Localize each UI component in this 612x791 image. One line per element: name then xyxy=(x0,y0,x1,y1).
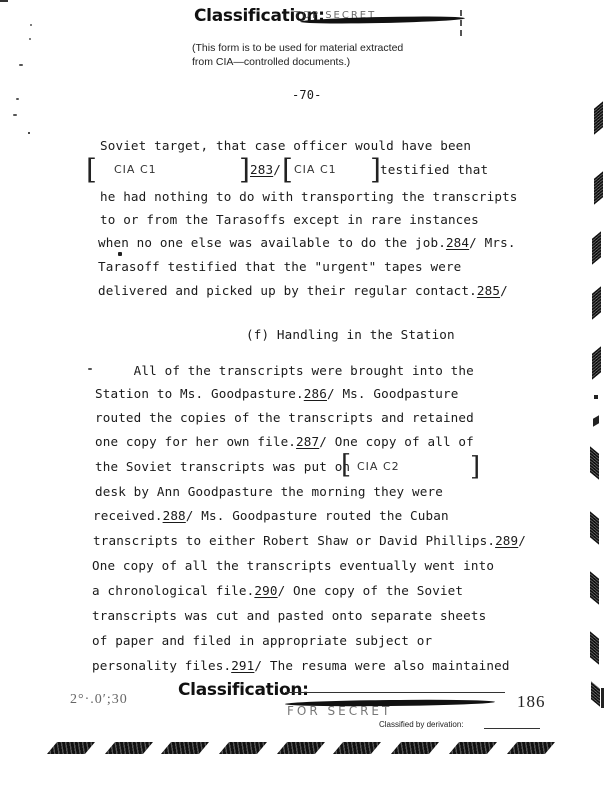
para2-line-1: All of the transcripts were brought into… xyxy=(95,363,474,378)
scan-speck xyxy=(118,252,122,256)
left-bracket: [ xyxy=(282,153,293,186)
line-text: / xyxy=(500,283,508,298)
footnote-ref-group: 283/ xyxy=(250,162,281,177)
form-note-line-1: (This form is to be used for material ex… xyxy=(192,42,403,55)
line-text: / xyxy=(518,533,526,548)
right-edge-marks xyxy=(590,95,610,715)
line-text: / Mrs. xyxy=(469,235,515,250)
line-text: he had nothing to do with transporting t… xyxy=(100,189,518,204)
line-text: when no one else was available to do the… xyxy=(98,235,446,250)
scan-speck xyxy=(19,64,23,66)
stamp-mark xyxy=(47,742,95,754)
line-text: to or from the Tarasoffs except in rare … xyxy=(100,212,479,227)
footnote-ref-287: 287 xyxy=(296,434,319,449)
para3-line-5: a chronological file.290/ One copy of th… xyxy=(92,583,463,598)
line-text: Tarasoff testified that the "urgent" tap… xyxy=(98,259,461,274)
line-text: transcripts was cut and pasted onto sepa… xyxy=(92,608,486,623)
faded-document-id: 2°·.0′;30 xyxy=(70,692,128,708)
right-bracket: ] xyxy=(239,153,250,186)
scan-speck xyxy=(30,24,32,26)
line-text: delivered and picked up by their regular… xyxy=(98,283,477,298)
para2-line-3: routed the copies of the transcripts and… xyxy=(95,410,474,425)
form-note-line-2: from CIA—controlled documents.) xyxy=(192,56,350,69)
right-bracket: ] xyxy=(470,452,480,482)
edge-mark xyxy=(594,101,603,135)
line-text: / The resuma were also maintained xyxy=(254,658,509,673)
line-text: All of the transcripts were brought into… xyxy=(95,363,474,378)
footnote-ref-283: 283 xyxy=(250,162,273,177)
para3-line-6: transcripts was cut and pasted onto sepa… xyxy=(92,608,486,623)
footnote-ref-289: 289 xyxy=(495,533,518,548)
header-classification-stamp: TOP SECRET xyxy=(290,8,470,38)
line-text: / One copy of all of xyxy=(319,434,474,449)
para3-line-8: personality files.291/ The resuma were a… xyxy=(92,658,510,673)
footnote-ref-288: 288 xyxy=(163,508,186,523)
scan-speck xyxy=(0,0,8,2)
para3-line-7: of paper and filed in appropriate subjec… xyxy=(92,633,432,648)
edge-mark xyxy=(590,571,599,605)
body-line-1: Soviet target, that case officer would h… xyxy=(100,138,471,153)
line-text: a chronological file. xyxy=(92,583,254,598)
scan-speck xyxy=(29,38,31,40)
stamp-mark xyxy=(105,742,153,754)
line-text: Soviet target, that case officer would h… xyxy=(100,138,471,153)
line-text: transcripts to either Robert Shaw or Dav… xyxy=(93,533,495,548)
line-tail: testified that xyxy=(380,162,488,177)
bottom-stamp-row xyxy=(48,740,568,760)
scan-speck xyxy=(16,98,19,100)
line-text: Station to Ms. Goodpasture. xyxy=(95,386,304,401)
line-text: the Soviet transcripts was put on xyxy=(95,459,350,474)
para3-line-1: desk by Ann Goodpasture the morning they… xyxy=(95,484,443,499)
footnote-ref-284: 284 xyxy=(446,235,469,250)
body-line-5: when no one else was available to do the… xyxy=(98,235,516,250)
edge-mark xyxy=(594,171,603,205)
redaction-label-2: CIA C1 xyxy=(294,163,337,176)
edge-mark xyxy=(593,415,599,426)
redaction-label-1: CIA C1 xyxy=(114,163,157,176)
field-underline xyxy=(285,692,505,693)
line-text: One copy of all the transcripts eventual… xyxy=(92,558,494,573)
stamp-mark xyxy=(277,742,325,754)
edge-mark xyxy=(590,511,599,545)
stamp-mark xyxy=(333,742,381,754)
edge-mark xyxy=(592,286,601,320)
edge-mark xyxy=(592,231,601,265)
edge-mark xyxy=(592,346,601,380)
stamp-mark xyxy=(449,742,497,754)
line-text: / One copy of the Soviet xyxy=(278,583,464,598)
soviet-redaction-line: the Soviet transcripts was put on [ CIA … xyxy=(95,454,495,484)
body-line-6: Tarasoff testified that the "urgent" tap… xyxy=(98,259,461,274)
classified-by-field xyxy=(484,728,540,729)
strike-through-mark xyxy=(285,699,495,707)
edge-mark xyxy=(591,681,600,707)
edge-mark xyxy=(590,631,599,665)
line-text: / Ms. Goodpasture xyxy=(327,386,458,401)
line-text: of paper and filed in appropriate subjec… xyxy=(92,633,432,648)
line-text: / Ms. Goodpasture routed the Cuban xyxy=(186,508,449,523)
line-text: personality files. xyxy=(92,658,231,673)
page-number: -70- xyxy=(292,88,322,102)
redaction-line: [ CIA C1 ] 283/ [ CIA C1 ] testified tha… xyxy=(86,157,506,187)
para2-line-2: Station to Ms. Goodpasture.286/ Ms. Good… xyxy=(95,386,458,401)
left-bracket: [ xyxy=(86,153,97,186)
para3-line-2: received.288/ Ms. Goodpasture routed the… xyxy=(93,508,449,523)
para2-line-4: one copy for her own file.287/ One copy … xyxy=(95,434,474,449)
page-number-right: 186 xyxy=(517,692,546,712)
edge-mark xyxy=(590,446,599,480)
line-text: desk by Ann Goodpasture the morning they… xyxy=(95,484,443,499)
stamp-mark xyxy=(507,742,555,754)
stamp-mark xyxy=(161,742,209,754)
body-line-7: delivered and picked up by their regular… xyxy=(98,283,508,298)
stamp-mark xyxy=(219,742,267,754)
line-text: one copy for her own file. xyxy=(95,434,296,449)
left-bracket: [ xyxy=(341,450,351,480)
footnote-ref-291: 291 xyxy=(231,658,254,673)
stamp-mark xyxy=(391,742,439,754)
scan-speck xyxy=(88,368,92,370)
stamp-box-edge xyxy=(440,10,462,36)
slash: / xyxy=(273,162,281,177)
scan-speck xyxy=(13,114,17,116)
line-text: routed the copies of the transcripts and… xyxy=(95,410,474,425)
scan-speck xyxy=(28,132,30,134)
footnote-ref-286: 286 xyxy=(304,386,327,401)
line-text: received. xyxy=(93,508,163,523)
footnote-ref-290: 290 xyxy=(254,583,277,598)
footnote-ref-285: 285 xyxy=(477,283,500,298)
para3-line-3: transcripts to either Robert Shaw or Dav… xyxy=(93,533,526,548)
redaction-label-3: CIA C2 xyxy=(357,460,400,473)
body-line-4: to or from the Tarasoffs except in rare … xyxy=(100,212,479,227)
classified-by-label: Classified by derivation: xyxy=(379,720,463,729)
section-heading: (f) Handling in the Station xyxy=(246,327,455,342)
para3-line-4: One copy of all the transcripts eventual… xyxy=(92,558,494,573)
edge-mark xyxy=(594,395,598,399)
body-line-3: he had nothing to do with transporting t… xyxy=(100,189,518,204)
